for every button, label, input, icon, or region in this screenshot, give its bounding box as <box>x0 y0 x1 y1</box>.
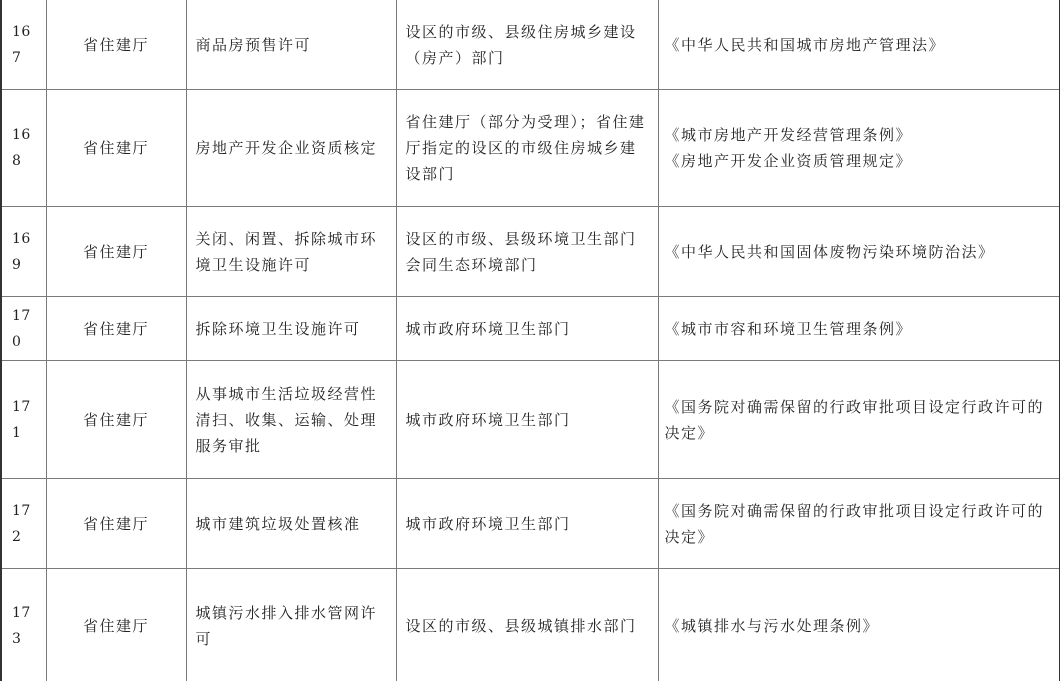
table-row: 170 省住建厅 拆除环境卫生设施许可 城市政府环境卫生部门 《城市市容和环境卫… <box>1 297 1060 361</box>
table-row: 167 省住建厅 商品房预售许可 设区的市级、县级住房城乡建设（房产）部门 《中… <box>1 0 1060 90</box>
department-cell: 省住建厅 <box>46 207 186 297</box>
legal-basis-line: 《国务院对确需保留的行政审批项目设定行政许可的决定》 <box>665 498 1051 550</box>
document-page: 167 省住建厅 商品房预售许可 设区的市级、县级住房城乡建设（房产）部门 《中… <box>0 0 1060 681</box>
permit-item-cell: 商品房预售许可 <box>186 0 396 90</box>
legal-basis-line: 《城市房地产开发经营管理条例》 <box>665 122 1051 148</box>
table-row: 169 省住建厅 关闭、闲置、拆除城市环境卫生设施许可 设区的市级、县级环境卫生… <box>1 207 1060 297</box>
table-row: 168 省住建厅 房地产开发企业资质核定 省住建厅（部分为受理）；省住建厅指定的… <box>1 90 1060 207</box>
legal-basis-line: 《房地产开发企业资质管理规定》 <box>665 148 1051 174</box>
legal-basis-cell: 《中华人民共和国固体废物污染环境防治法》 <box>658 207 1060 297</box>
department-cell: 省住建厅 <box>46 569 186 681</box>
permit-item-cell: 城镇污水排入排水管网许可 <box>186 569 396 681</box>
row-number-cell: 172 <box>1 479 46 569</box>
legal-basis-cell: 《城镇排水与污水处理条例》 <box>658 569 1060 681</box>
authority-cell: 城市政府环境卫生部门 <box>396 479 658 569</box>
department-cell: 省住建厅 <box>46 90 186 207</box>
authority-cell: 城市政府环境卫生部门 <box>396 297 658 361</box>
legal-basis-cell: 《国务院对确需保留的行政审批项目设定行政许可的决定》 <box>658 361 1060 479</box>
authority-cell: 设区的市级、县级环境卫生部门会同生态环境部门 <box>396 207 658 297</box>
row-number-cell: 170 <box>1 297 46 361</box>
authority-cell: 设区的市级、县级城镇排水部门 <box>396 569 658 681</box>
legal-basis-cell: 《城市房地产开发经营管理条例》 《房地产开发企业资质管理规定》 <box>658 90 1060 207</box>
permit-item-cell: 从事城市生活垃圾经营性清扫、收集、运输、处理服务审批 <box>186 361 396 479</box>
row-number-cell: 171 <box>1 361 46 479</box>
legal-basis-line: 《中华人民共和国固体废物污染环境防治法》 <box>665 239 1051 265</box>
department-cell: 省住建厅 <box>46 361 186 479</box>
permit-item-cell: 房地产开发企业资质核定 <box>186 90 396 207</box>
row-number-cell: 169 <box>1 207 46 297</box>
permit-table: 167 省住建厅 商品房预售许可 设区的市级、县级住房城乡建设（房产）部门 《中… <box>0 0 1060 681</box>
table-row: 173 省住建厅 城镇污水排入排水管网许可 设区的市级、县级城镇排水部门 《城镇… <box>1 569 1060 681</box>
legal-basis-cell: 《城市市容和环境卫生管理条例》 <box>658 297 1060 361</box>
department-cell: 省住建厅 <box>46 479 186 569</box>
table-row: 171 省住建厅 从事城市生活垃圾经营性清扫、收集、运输、处理服务审批 城市政府… <box>1 361 1060 479</box>
row-number-cell: 167 <box>1 0 46 90</box>
department-cell: 省住建厅 <box>46 0 186 90</box>
row-number-cell: 168 <box>1 90 46 207</box>
authority-cell: 省住建厅（部分为受理）；省住建厅指定的设区的市级住房城乡建设部门 <box>396 90 658 207</box>
legal-basis-cell: 《国务院对确需保留的行政审批项目设定行政许可的决定》 <box>658 479 1060 569</box>
legal-basis-cell: 《中华人民共和国城市房地产管理法》 <box>658 0 1060 90</box>
department-cell: 省住建厅 <box>46 297 186 361</box>
permit-item-cell: 拆除环境卫生设施许可 <box>186 297 396 361</box>
legal-basis-line: 《中华人民共和国城市房地产管理法》 <box>665 32 1051 58</box>
legal-basis-line: 《城镇排水与污水处理条例》 <box>665 613 1051 639</box>
authority-cell: 城市政府环境卫生部门 <box>396 361 658 479</box>
table-row: 172 省住建厅 城市建筑垃圾处置核准 城市政府环境卫生部门 《国务院对确需保留… <box>1 479 1060 569</box>
legal-basis-line: 《城市市容和环境卫生管理条例》 <box>665 316 1051 342</box>
permit-item-cell: 关闭、闲置、拆除城市环境卫生设施许可 <box>186 207 396 297</box>
row-number-cell: 173 <box>1 569 46 681</box>
legal-basis-line: 《国务院对确需保留的行政审批项目设定行政许可的决定》 <box>665 394 1051 446</box>
permit-item-cell: 城市建筑垃圾处置核准 <box>186 479 396 569</box>
authority-cell: 设区的市级、县级住房城乡建设（房产）部门 <box>396 0 658 90</box>
